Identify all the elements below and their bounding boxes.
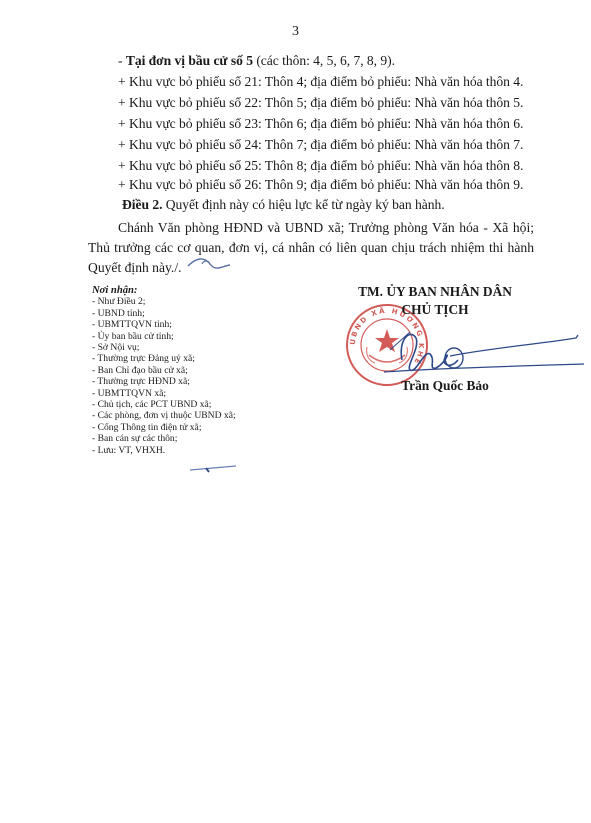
polling-area-26: + Khu vực bỏ phiếu số 26: Thôn 9; địa đi… — [118, 177, 523, 193]
handwritten-signature-icon — [380, 320, 585, 380]
recipient-item: - Như Điều 2; — [92, 296, 236, 307]
heading-rest: (các thôn: 4, 5, 6, 7, 8, 9). — [253, 53, 395, 68]
article-2: Điều 2. Quyết định này có hiệu lực kể từ… — [122, 197, 445, 213]
recipients-list: Nơi nhận: - Như Điều 2; - UBND tỉnh; - U… — [92, 285, 236, 456]
polling-area-25: + Khu vực bỏ phiếu số 25: Thôn 8; địa đi… — [118, 158, 523, 174]
initial-mark-icon — [186, 256, 232, 270]
recipient-item: - Lưu: VT, VHXH. — [92, 445, 236, 456]
polling-area-23: + Khu vực bỏ phiếu số 23: Thôn 6; địa đi… — [118, 116, 523, 132]
recipient-item: - UBND tỉnh; — [92, 308, 236, 319]
signature-position: CHỦ TỊCH — [345, 301, 525, 319]
election-unit-heading: - Tại đơn vị bầu cử số 5 (các thôn: 4, 5… — [118, 53, 395, 69]
heading-bold: Tại đơn vị bầu cử số 5 — [126, 53, 253, 68]
signer-name: Trần Quốc Bảo — [345, 378, 545, 394]
heading-prefix: - — [118, 53, 126, 68]
article-2-text: Quyết định này có hiệu lực kể từ ngày ký… — [162, 197, 444, 212]
recipient-item: - UBMTTQVN tỉnh; — [92, 319, 236, 330]
article-2-label: Điều 2. — [122, 197, 162, 212]
page-number: 3 — [0, 24, 591, 40]
recipient-item: - Thường trực Đảng uỷ xã; — [92, 353, 236, 364]
recipient-item: - Ban Chỉ đạo bầu cử xã; — [92, 365, 236, 376]
recipient-item: - Thường trực HĐND xã; — [92, 376, 236, 387]
recipient-item: - Chủ tịch, các PCT UBND xã; — [92, 399, 236, 410]
initial-mark-icon — [188, 462, 238, 474]
recipient-item: - Các phòng, đơn vị thuộc UBND xã; — [92, 410, 236, 421]
recipient-item: - Ủy ban bầu cử tỉnh; — [92, 331, 236, 342]
recipient-item: - UBMTTQVN xã; — [92, 388, 236, 399]
closing-paragraph: Chánh Văn phòng HĐND và UBND xã; Trưởng … — [88, 218, 534, 278]
recipient-item: - Sở Nội vụ; — [92, 342, 236, 353]
polling-area-24: + Khu vực bỏ phiếu số 24: Thôn 7; địa đi… — [118, 137, 523, 153]
polling-area-22: + Khu vực bỏ phiếu số 22: Thôn 5; địa đi… — [118, 95, 523, 111]
signature-on-behalf: TM. ỦY BAN NHÂN DÂN — [345, 283, 525, 301]
closing-paragraph-text: Chánh Văn phòng HĐND và UBND xã; Trưởng … — [88, 220, 534, 275]
recipients-title: Nơi nhận: — [92, 285, 236, 296]
recipient-item: - Ban cán sự các thôn; — [92, 433, 236, 444]
recipient-item: - Cổng Thông tin điện tử xã; — [92, 422, 236, 433]
signature-block: TM. ỦY BAN NHÂN DÂN CHỦ TỊCH — [345, 283, 525, 319]
polling-area-21: + Khu vực bỏ phiếu số 21: Thôn 4; địa đi… — [118, 74, 523, 90]
